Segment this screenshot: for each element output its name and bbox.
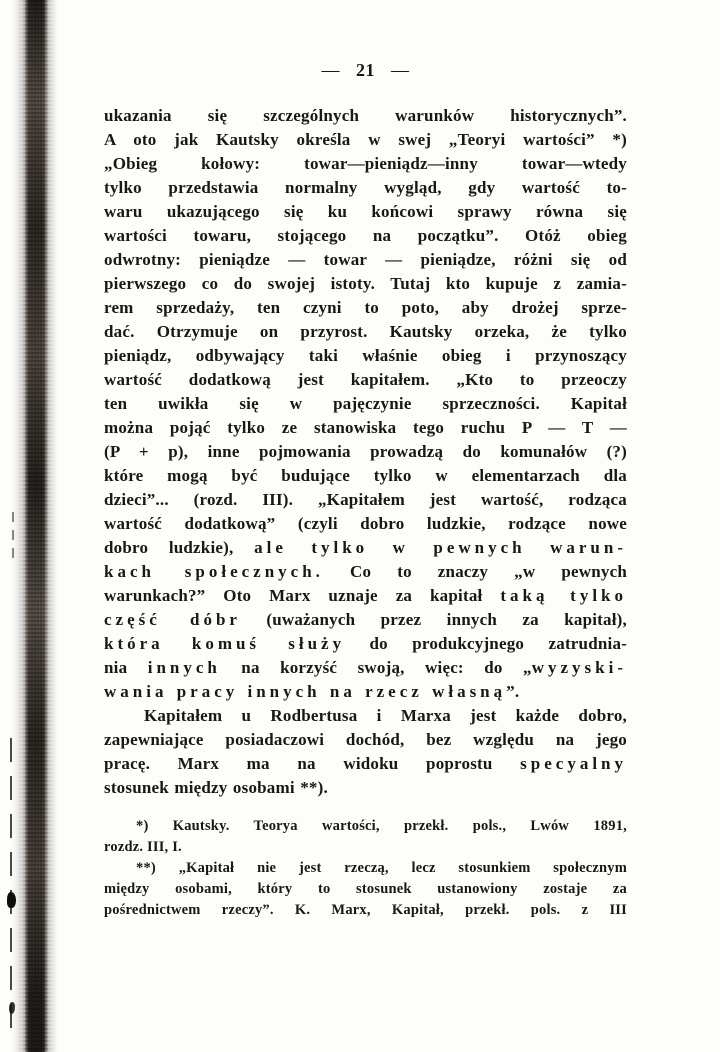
text-segment: pośrednictwem rzeczy”. K. Marx, Kapitał,… [104, 902, 627, 918]
text-line: ten uwikła się w pajęczynie sprzeczności… [104, 392, 627, 416]
spaced-emphasis-text: ale tylko w pewnych warun- [254, 538, 627, 557]
spaced-emphasis-text: innych [148, 658, 221, 677]
spaced-emphasis-text: kach społecznych. [104, 562, 324, 581]
text-segment: rozdz. III, I. [104, 839, 182, 855]
page-number: 21 [356, 60, 375, 80]
text-segment: wartość dodatkową” (czyli dobro ludzkie,… [104, 514, 627, 533]
spaced-emphasis-text: specyalny [520, 754, 627, 773]
text-segment: dzieci”... (rozd. III). „Kapitałem jest … [104, 490, 627, 509]
text-segment: ten uwikła się w pajęczynie sprzeczności… [104, 394, 627, 413]
text-segment: warunkach?” Oto Marx uznaje za kapitał [104, 586, 500, 605]
text-line: pieniądz, odbywający taki właśnie obieg … [104, 344, 627, 368]
text-line: stosunek między osobami **). [104, 776, 627, 800]
text-segment: dać. Otrzymuje on przyrost. Kautsky orze… [104, 322, 627, 341]
main-text-block: ukazania się szczególnych warunków histo… [104, 104, 627, 800]
text-segment: (uważanych przez innych za kapitał), [241, 610, 627, 629]
text-segment: zapewniające posiadaczowi dochód, bez wz… [104, 730, 627, 749]
text-segment: można pojąć tylko ze stanowiska tego ruc… [104, 418, 627, 437]
header-dash-right: — [391, 62, 410, 79]
text-segment: waru ukazującego się ku końcowi sprawy r… [104, 202, 627, 221]
text-line: tylko przedstawia normalny wygląd, gdy w… [104, 176, 627, 200]
text-segment: pierwszego co do swojej istoty. Tutaj kt… [104, 274, 627, 293]
binding-shadow-core [26, 0, 46, 1052]
text-line: ukazania się szczególnych warunków histo… [104, 104, 627, 128]
text-line: część dóbr (uważanych przez innych za ka… [104, 608, 627, 632]
text-segment: dobro ludzkie), [104, 538, 254, 557]
text-line: wartość dodatkową jest kapitałem. „Kto t… [104, 368, 627, 392]
text-line: (P + p), inne pojmowania prowadzą do kom… [104, 440, 627, 464]
text-segment: Kapitałem u Rodbertusa i Marxa jest każd… [144, 706, 627, 725]
scanned-book-page: —21— ukazania się szczególnych warunków … [0, 0, 720, 1052]
text-line: rem sprzedaży, ten czyni to poto, aby dr… [104, 296, 627, 320]
text-line: nia innych na korzyść swoją, więc: do „w… [104, 656, 627, 680]
text-line: dać. Otrzymuje on przyrost. Kautsky orze… [104, 320, 627, 344]
text-segment: ”. [506, 682, 519, 701]
text-segment: Co to znaczy „w pewnych [324, 562, 627, 581]
text-segment: rem sprzedaży, ten czyni to poto, aby dr… [104, 298, 627, 317]
page-header: —21— [104, 60, 627, 81]
text-segment: A oto jak Kautsky określa w swej „Teoryi… [104, 130, 627, 149]
footnote-line: pośrednictwem rzeczy”. K. Marx, Kapitał,… [104, 900, 627, 921]
text-line: dzieci”... (rozd. III). „Kapitałem jest … [104, 488, 627, 512]
spaced-emphasis-text: która komuś służy [104, 634, 345, 653]
text-line: które mogą być budujące tylko w elementa… [104, 464, 627, 488]
binding-shadow-grain [18, 0, 54, 1052]
text-line: wania pracy innych na rzecz własną”. [104, 680, 627, 704]
scan-artifact-line [10, 738, 12, 1034]
text-line: waru ukazującego się ku końcowi sprawy r… [104, 200, 627, 224]
text-segment: między osobami, który to stosunek ustano… [104, 881, 627, 897]
footnote-line: rozdz. III, I. [104, 837, 627, 858]
scan-artifact-dash [12, 512, 14, 558]
text-line: która komuś służy do produkcyjnego zatru… [104, 632, 627, 656]
text-line: dobro ludzkie), ale tylko w pewnych waru… [104, 536, 627, 560]
spaced-emphasis-text: wyzyski- [532, 658, 627, 677]
text-segment: pracę. Marx ma na widoku poprostu [104, 754, 520, 773]
text-line: wartość dodatkową” (czyli dobro ludzkie,… [104, 512, 627, 536]
text-segment: pieniądz, odbywający taki właśnie obieg … [104, 346, 627, 365]
binding-shadow-haze [14, 0, 56, 1052]
binding-shadow [12, 0, 60, 1052]
text-segment: nia [104, 658, 148, 677]
text-line: odwrotny: pieniądze — towar — pieniądze,… [104, 248, 627, 272]
text-line: A oto jak Kautsky określa w swej „Teoryi… [104, 128, 627, 152]
text-segment: stosunek między osobami **). [104, 778, 328, 797]
text-line: można pojąć tylko ze stanowiska tego ruc… [104, 416, 627, 440]
header-dash-left: — [322, 62, 341, 79]
text-line: zapewniające posiadaczowi dochód, bez wz… [104, 728, 627, 752]
text-segment: (P + p), inne pojmowania prowadzą do kom… [104, 442, 627, 461]
text-segment: „Obieg kołowy: towar—pieniądz—inny towar… [104, 154, 627, 173]
footnote-line: **) „Kapitał nie jest rzeczą, lecz stosu… [104, 858, 627, 879]
scan-artifact-blob [7, 892, 16, 908]
spaced-emphasis-text: wania pracy innych na rzecz własną [104, 682, 506, 701]
text-line: warunkach?” Oto Marx uznaje za kapitał t… [104, 584, 627, 608]
text-line: Kapitałem u Rodbertusa i Marxa jest każd… [104, 704, 627, 728]
text-line: pracę. Marx ma na widoku poprostu specya… [104, 752, 627, 776]
footnote-line: między osobami, który to stosunek ustano… [104, 879, 627, 900]
text-segment: do produkcyjnego zatrudnia- [345, 634, 627, 653]
text-line: wartości towaru, stojącego na początku”.… [104, 224, 627, 248]
footnote-line: *) Kautsky. Teorya wartości, przekł. pol… [104, 816, 627, 837]
text-segment: wartości towaru, stojącego na początku”.… [104, 226, 627, 245]
text-segment: które mogą być budujące tylko w elementa… [104, 466, 627, 485]
text-segment: **) „Kapitał nie jest rzeczą, lecz stosu… [136, 860, 627, 876]
spaced-emphasis-text: część dóbr [104, 610, 241, 629]
text-line: kach społecznych. Co to znaczy „w pewnyc… [104, 560, 627, 584]
text-segment: *) Kautsky. Teorya wartości, przekł. pol… [136, 818, 627, 834]
scan-artifact-blob-2 [9, 1002, 15, 1014]
text-segment: na korzyść swoją, więc: do „ [221, 658, 532, 677]
text-line: „Obieg kołowy: towar—pieniądz—inny towar… [104, 152, 627, 176]
text-segment: wartość dodatkową jest kapitałem. „Kto t… [104, 370, 627, 389]
text-segment: odwrotny: pieniądze — towar — pieniądze,… [104, 250, 627, 269]
footnotes-block: *) Kautsky. Teorya wartości, przekł. pol… [104, 816, 627, 921]
text-segment: tylko przedstawia normalny wygląd, gdy w… [104, 178, 627, 197]
text-segment: ukazania się szczególnych warunków histo… [104, 106, 627, 125]
spaced-emphasis-text: taką tylko [500, 586, 627, 605]
text-line: pierwszego co do swojej istoty. Tutaj kt… [104, 272, 627, 296]
